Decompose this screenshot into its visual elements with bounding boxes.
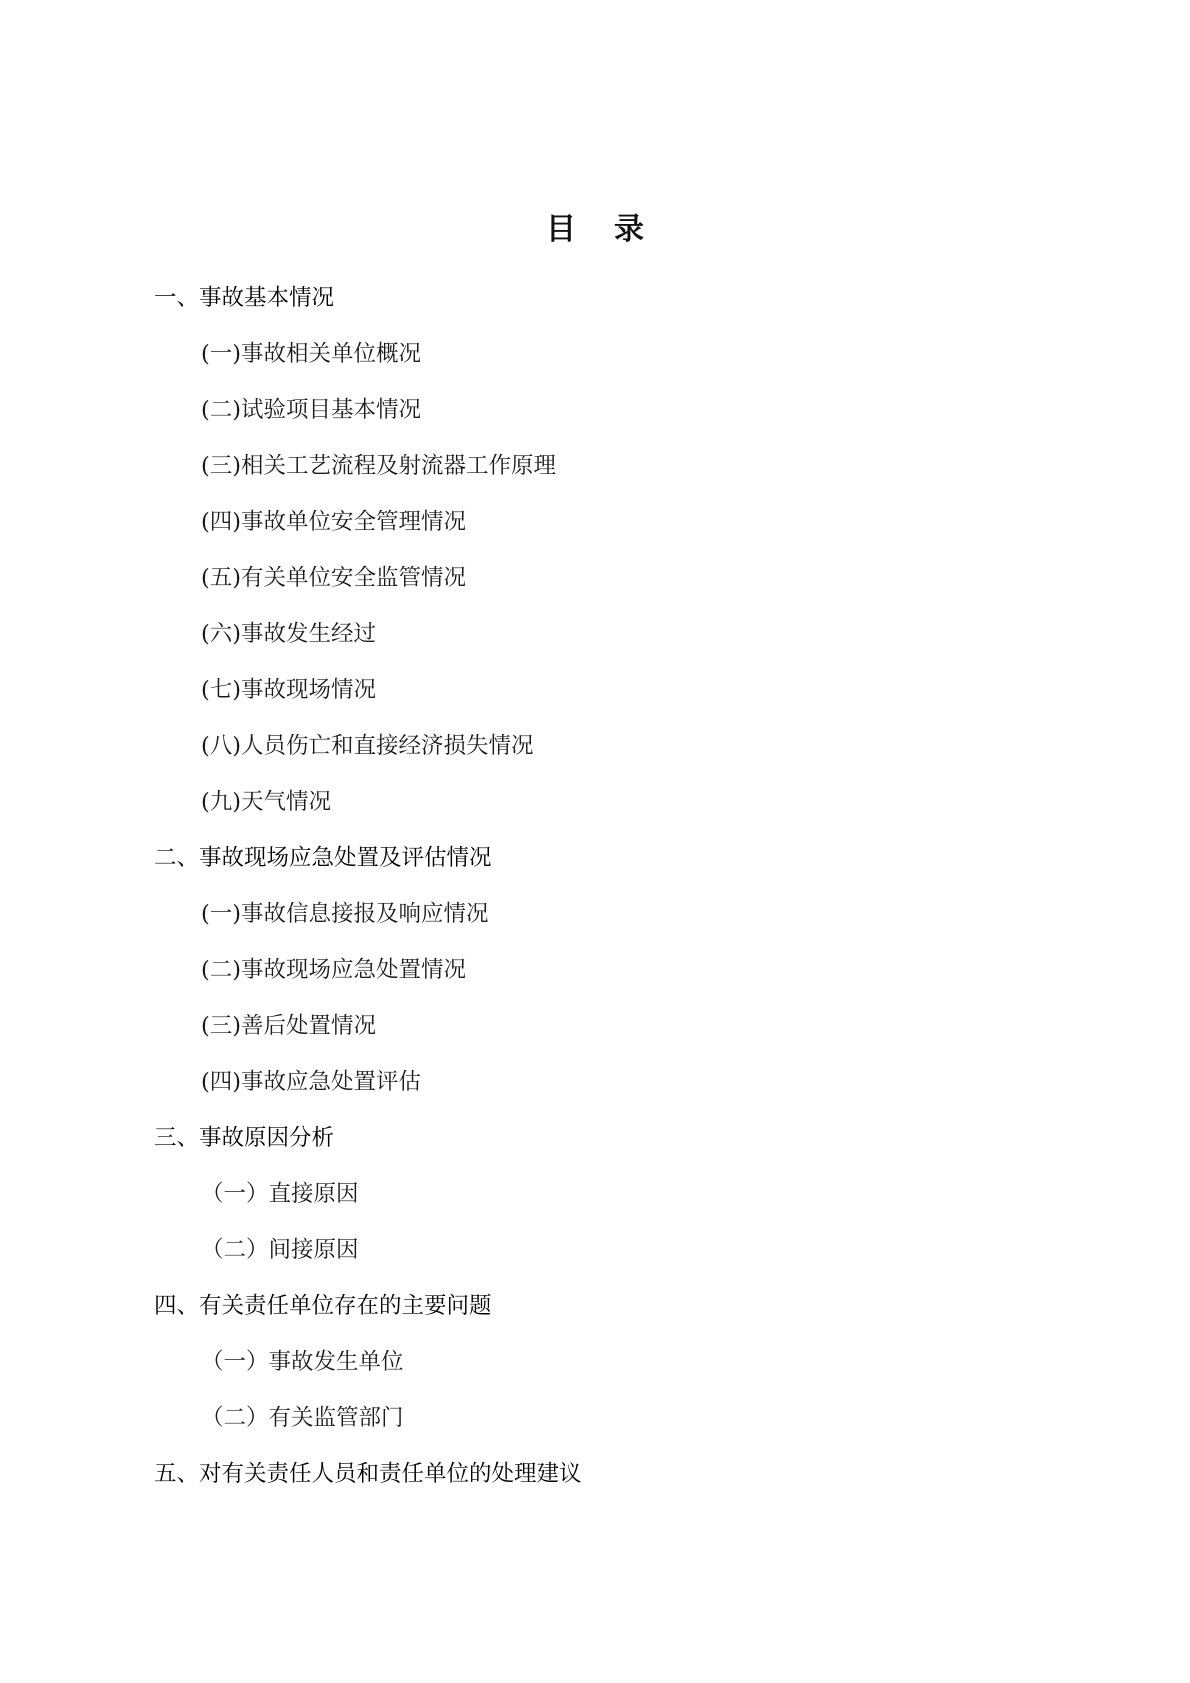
page-title: 目录 (0, 210, 1190, 250)
toc-item-1-7[interactable]: (七)事故现场情况 (0, 672, 1190, 728)
table-of-contents: 一、事故基本情况 (一)事故相关单位概况 (二)试验项目基本情况 (三)相关工艺… (0, 280, 1190, 1512)
toc-item-1-5[interactable]: (五)有关单位安全监管情况 (0, 560, 1190, 616)
toc-item-4-2[interactable]: （二）有关监管部门 (0, 1400, 1190, 1456)
toc-item-1-9[interactable]: (九)天气情况 (0, 784, 1190, 840)
toc-item-1-3[interactable]: (三)相关工艺流程及射流器工作原理 (0, 448, 1190, 504)
toc-item-1-8[interactable]: (八)人员伤亡和直接经济损失情况 (0, 728, 1190, 784)
toc-item-2-2[interactable]: (二)事故现场应急处置情况 (0, 952, 1190, 1008)
toc-item-1-6[interactable]: (六)事故发生经过 (0, 616, 1190, 672)
toc-item-4-1[interactable]: （一）事故发生单位 (0, 1344, 1190, 1400)
toc-section-1[interactable]: 一、事故基本情况 (0, 280, 1190, 336)
toc-item-1-1[interactable]: (一)事故相关单位概况 (0, 336, 1190, 392)
toc-item-2-4[interactable]: (四)事故应急处置评估 (0, 1064, 1190, 1120)
toc-item-2-1[interactable]: (一)事故信息接报及响应情况 (0, 896, 1190, 952)
document-page: 目录 一、事故基本情况 (一)事故相关单位概况 (二)试验项目基本情况 (三)相… (0, 0, 1190, 1683)
toc-item-1-4[interactable]: (四)事故单位安全管理情况 (0, 504, 1190, 560)
toc-section-4[interactable]: 四、有关责任单位存在的主要问题 (0, 1288, 1190, 1344)
toc-section-3[interactable]: 三、事故原因分析 (0, 1120, 1190, 1176)
toc-item-3-2[interactable]: （二）间接原因 (0, 1232, 1190, 1288)
toc-item-2-3[interactable]: (三)善后处置情况 (0, 1008, 1190, 1064)
toc-section-5[interactable]: 五、对有关责任人员和责任单位的处理建议 (0, 1456, 1190, 1512)
toc-item-1-2[interactable]: (二)试验项目基本情况 (0, 392, 1190, 448)
toc-item-3-1[interactable]: （一）直接原因 (0, 1176, 1190, 1232)
toc-section-2[interactable]: 二、事故现场应急处置及评估情况 (0, 840, 1190, 896)
